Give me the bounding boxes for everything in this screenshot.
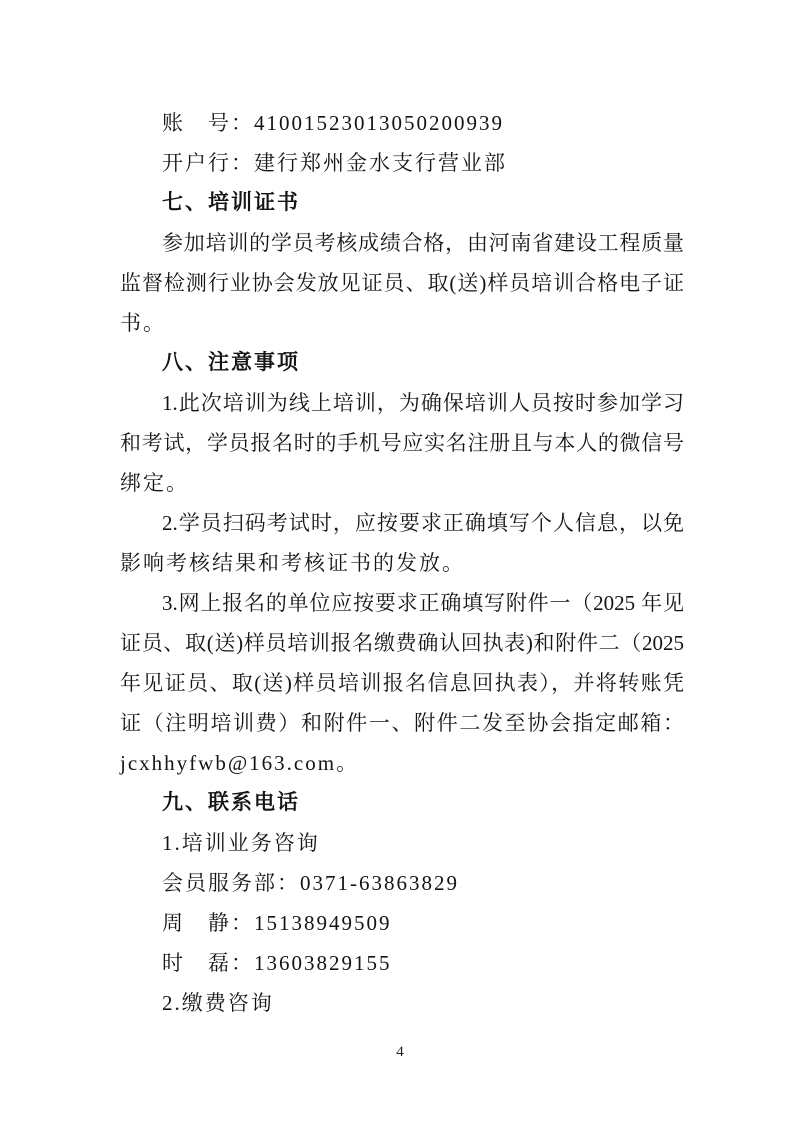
document-body: 账 号：41001523013050200939 开户行：建行郑州金水支行营业部… bbox=[120, 103, 684, 1023]
note-1-line-3: 绑定。 bbox=[120, 463, 684, 503]
field-account-number: 账 号：41001523013050200939 bbox=[120, 103, 684, 143]
note-2-line-1: 2.学员扫码考试时，应按要求正确填写个人信息，以免 bbox=[120, 503, 684, 543]
paragraph-certificate-line-2: 监督检测行业协会发放见证员、取(送)样员培训合格电子证 bbox=[120, 263, 684, 303]
note-1-line-2: 和考试，学员报名时的手机号应实名注册且与本人的微信号 bbox=[120, 423, 684, 463]
contact-shi-lei-phone: 时 磊：13603829155 bbox=[120, 943, 684, 983]
document-page: 账 号：41001523013050200939 开户行：建行郑州金水支行营业部… bbox=[0, 0, 800, 1131]
contact-category-training: 1.培训业务咨询 bbox=[120, 823, 684, 863]
note-3-line-4: 证（注明培训费）和附件一、附件二发至协会指定邮箱： bbox=[120, 703, 684, 743]
contact-category-payment: 2.缴费咨询 bbox=[120, 983, 684, 1023]
note-2-line-2: 影响考核结果和考核证书的发放。 bbox=[120, 543, 684, 583]
association-email-address: jcxhhyfwb@163.com。 bbox=[120, 743, 684, 783]
note-3-line-3: 年见证员、取(送)样员培训报名信息回执表），并将转账凭 bbox=[120, 663, 684, 703]
note-3-line-2: 证员、取(送)样员培训报名缴费确认回执表)和附件二（2025 bbox=[120, 623, 684, 663]
field-bank-branch: 开户行：建行郑州金水支行营业部 bbox=[120, 143, 684, 183]
contact-zhou-jing-phone: 周 静：15138949509 bbox=[120, 903, 684, 943]
paragraph-certificate-line-3: 书。 bbox=[120, 303, 684, 343]
heading-section-8-notes: 八、注意事项 bbox=[120, 343, 684, 383]
page-number: 4 bbox=[0, 1042, 800, 1062]
note-3-line-1: 3.网上报名的单位应按要求正确填写附件一（2025 年见 bbox=[120, 583, 684, 623]
note-1-line-1: 1.此次培训为线上培训，为确保培训人员按时参加学习 bbox=[120, 383, 684, 423]
contact-member-service-dept-phone: 会员服务部：0371-63863829 bbox=[120, 863, 684, 903]
heading-section-7-training-certificate: 七、培训证书 bbox=[120, 183, 684, 223]
heading-section-9-contact-phones: 九、联系电话 bbox=[120, 783, 684, 823]
paragraph-certificate-line-1: 参加培训的学员考核成绩合格，由河南省建设工程质量 bbox=[120, 223, 684, 263]
